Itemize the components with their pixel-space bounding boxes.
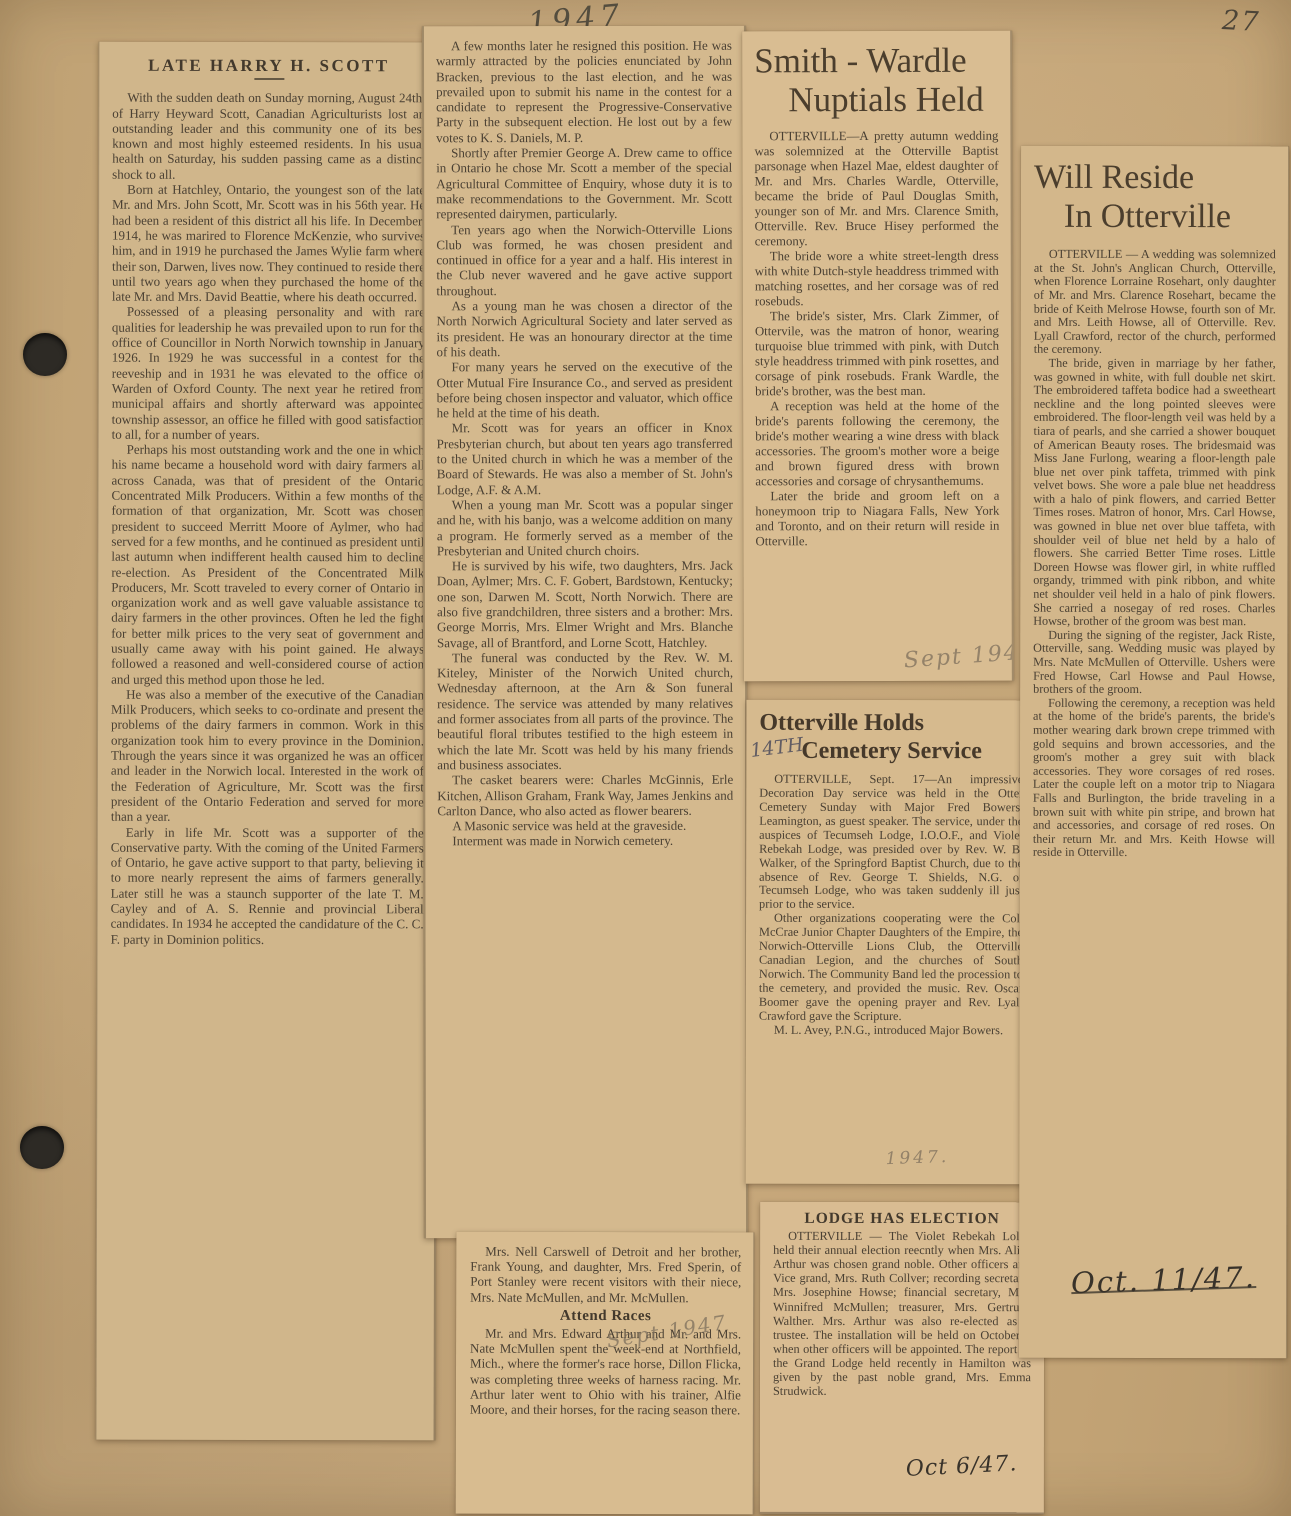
clipping-smith-wardle: Smith - Wardle Nuptials Held OTTERVILLE—…: [742, 31, 1014, 682]
article-paragraph: OTTERVILLE, Sept. 17—An impressive Decor…: [759, 773, 1023, 913]
article-paragraph: Shortly after Premier George A. Drew cam…: [436, 145, 732, 222]
article-paragraph: For many years he served on the executiv…: [437, 359, 733, 421]
article-paragraph: The funeral was conducted by the Rev. W.…: [437, 650, 733, 773]
article-paragraph: OTTERVILLE — The Violet Rebekah Lolge he…: [773, 1229, 1031, 1398]
article-paragraph: A reception was held at the home of the …: [755, 399, 999, 490]
handwritten-date-note: 1947.: [885, 1151, 949, 1167]
clipping-cemetery-service: Otterville Holds Cemetery Service 14TH O…: [746, 700, 1039, 1185]
clipping-late-harry-scott: LATE HARRY H. SCOTT With the sudden deat…: [96, 42, 439, 1441]
article-paragraph: He is survived by his wife, two daughter…: [437, 558, 733, 650]
clipping-obituary-continuation: A few months later he resigned this posi…: [422, 26, 748, 1239]
article-paragraph: The bride wore a white street-length dre…: [755, 249, 999, 310]
clipping-lodge-election: LODGE HAS ELECTION OTTERVILLE — The Viol…: [760, 1202, 1044, 1514]
handwritten-date-note: Oct 6/47.: [906, 1457, 1018, 1477]
article-paragraph: Born at Hatchley, Ontario, the youngest …: [112, 182, 425, 305]
article-paragraph: As a young man he was chosen a director …: [436, 298, 732, 360]
article-paragraph: With the sudden death on Sunday morning,…: [112, 90, 425, 182]
title-line-1: Smith - Wardle: [754, 41, 966, 81]
obituary-title: LATE HARRY H. SCOTT: [112, 58, 425, 74]
article-paragraph: The bride, given in marriage by her fath…: [1033, 357, 1275, 629]
article-paragraph: Perhaps his most outstanding work and th…: [111, 442, 425, 687]
article-paragraph: Ten years ago when the Norwich-Ottervill…: [436, 221, 732, 298]
scrapbook-page: 1947 27 LATE HARRY H. SCOTT With the sud…: [0, 0, 1291, 1516]
lodge-title: LODGE HAS ELECTION: [773, 1212, 1031, 1226]
handwritten-page-number: 27: [1221, 5, 1261, 38]
hole-punch-bottom: [20, 1126, 64, 1169]
article-paragraph: A few months later he resigned this posi…: [436, 38, 732, 146]
article-paragraph: Other organizations cooperating were the…: [759, 912, 1023, 1024]
handwritten-note-14th: 14TH: [750, 739, 805, 759]
article-paragraph: Possessed of a pleasing personality and …: [112, 304, 425, 442]
title-line-2: In Otterville: [1034, 197, 1276, 237]
article-paragraph: A Masonic service was held at the graves…: [437, 818, 733, 834]
article-paragraph: The bride's sister, Mrs. Clark Zimmer, o…: [755, 309, 999, 400]
article-paragraph: Mr. and Mrs. Edward Arthur and Mr. and M…: [470, 1326, 741, 1418]
article-paragraph: During the signing of the register, Jack…: [1033, 629, 1275, 697]
article-paragraph: Mr. Scott was for years an officer in Kn…: [437, 420, 733, 497]
article-paragraph: Later the bride and groom left on a hone…: [755, 489, 999, 550]
clipping-will-reside: Will Reside In Otterville OTTERVILLE — A…: [1019, 146, 1289, 1358]
article-paragraph: M. L. Avey, P.N.G., introduced Major Bow…: [759, 1023, 1023, 1037]
article-paragraph: Early in life Mr. Scott was a supporter …: [111, 824, 424, 947]
article-paragraph: Mrs. Nell Carswell of Detroit and her br…: [470, 1244, 741, 1306]
handwritten-date-note: Sept 1947: [903, 644, 1013, 669]
article-paragraph: He was also a member of the executive of…: [111, 687, 424, 825]
will-reside-title: Will Reside In Otterville: [1034, 158, 1276, 237]
handwritten-date-note: Oct. 11/47.: [1071, 1271, 1256, 1294]
title-line-1: Otterville Holds: [759, 710, 924, 736]
hole-punch-top: [23, 333, 67, 376]
article-paragraph: The casket bearers were: Charles McGinni…: [437, 772, 733, 818]
article-paragraph: OTTERVILLE — A wedding was solemnized at…: [1034, 248, 1276, 357]
clipping-visitors-attend-races: Mrs. Nell Carswell of Detroit and her br…: [456, 1232, 755, 1515]
article-paragraph: OTTERVILLE—A pretty autumn wedding was s…: [754, 129, 998, 250]
article-paragraph: Interment was made in Norwich cemetery.: [437, 833, 733, 849]
article-paragraph: When a young man Mr. Scott was a popular…: [437, 497, 733, 559]
title-line-1: Will Reside: [1034, 159, 1194, 196]
smith-wardle-title: Smith - Wardle Nuptials Held: [754, 41, 998, 120]
title-line-2: Nuptials Held: [754, 80, 998, 120]
article-paragraph: Following the ceremony, a reception was …: [1033, 697, 1275, 861]
title-rule: [254, 78, 284, 80]
